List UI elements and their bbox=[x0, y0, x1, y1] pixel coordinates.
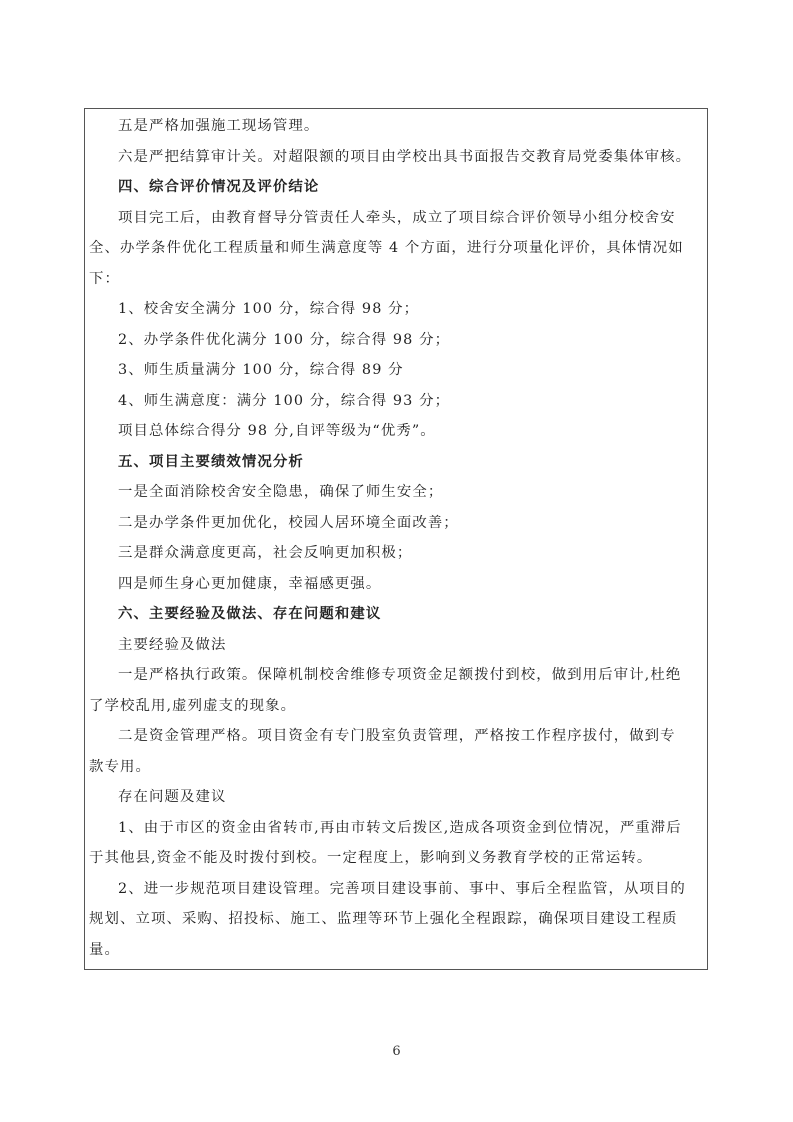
paragraph-line: 于其他县,资金不能及时拨付到校。一定程度上，影响到义务教育学校的正常运转。 bbox=[89, 843, 703, 874]
score-item: 2、办学条件优化满分 100 分，综合得 98 分； bbox=[89, 325, 703, 356]
paragraph-line: 全、办学条件优化工程质量和师生满意度等 4 个方面，进行分项量化评价，具体情况如 bbox=[89, 233, 703, 264]
page-number: 6 bbox=[0, 1044, 793, 1059]
overall-score: 项目总体综合得分 98 分,自评等级为“优秀”。 bbox=[89, 416, 703, 447]
paragraph-line: 量。 bbox=[89, 935, 703, 966]
performance-item: 三是群众满意度更高，社会反响更加积极； bbox=[89, 538, 703, 569]
content-table-cell: 五是严格加强施工现场管理。 六是严把结算审计关。对超限额的项目由学校出具书面报告… bbox=[84, 108, 708, 970]
paragraph-line: 项目完工后，由教育督导分管责任人牵头，成立了项目综合评价领导小组分校舍安 bbox=[89, 203, 703, 234]
section-heading-4: 四、综合评价情况及评价结论 bbox=[89, 172, 703, 203]
paragraph-line: 款专用。 bbox=[89, 752, 703, 783]
paragraph-line: 了学校乱用,虚列虚支的现象。 bbox=[89, 691, 703, 722]
document-body: 五是严格加强施工现场管理。 六是严把结算审计关。对超限额的项目由学校出具书面报告… bbox=[85, 109, 707, 965]
paragraph-line: 2、进一步规范项目建设管理。完善项目建设事前、事中、事后全程监管，从项目的 bbox=[89, 874, 703, 905]
score-item: 4、师生满意度：满分 100 分，综合得 93 分； bbox=[89, 386, 703, 417]
paragraph-line: 五是严格加强施工现场管理。 bbox=[89, 111, 703, 142]
score-item: 3、师生质量满分 100 分，综合得 89 分 bbox=[89, 355, 703, 386]
score-item: 1、校舍安全满分 100 分，综合得 98 分； bbox=[89, 294, 703, 325]
performance-item: 四是师生身心更加健康，幸福感更强。 bbox=[89, 569, 703, 600]
paragraph-line: 1、由于市区的资金由省转市,再由市转文后拨区,造成各项资金到位情况，严重滞后 bbox=[89, 813, 703, 844]
performance-item: 一是全面消除校舍安全隐患，确保了师生安全； bbox=[89, 477, 703, 508]
paragraph-line: 规划、立项、采购、招投标、施工、监理等环节上强化全程跟踪，确保项目建设工程质 bbox=[89, 904, 703, 935]
paragraph-line: 下： bbox=[89, 264, 703, 295]
paragraph-line: 一是严格执行政策。保障机制校舍维修专项资金足额拨付到校，做到用后审计,杜绝 bbox=[89, 660, 703, 691]
paragraph-line: 二是资金管理严格。项目资金有专门股室负责管理，严格按工作程序拔付，做到专 bbox=[89, 721, 703, 752]
paragraph-line: 六是严把结算审计关。对超限额的项目由学校出具书面报告交教育局党委集体审核。 bbox=[89, 142, 703, 173]
performance-item: 二是办学条件更加优化，校园人居环境全面改善； bbox=[89, 508, 703, 539]
subheading: 主要经验及做法 bbox=[89, 630, 703, 661]
section-heading-5: 五、项目主要绩效情况分析 bbox=[89, 447, 703, 478]
section-heading-6: 六、主要经验及做法、存在问题和建议 bbox=[89, 599, 703, 630]
subheading: 存在问题及建议 bbox=[89, 782, 703, 813]
